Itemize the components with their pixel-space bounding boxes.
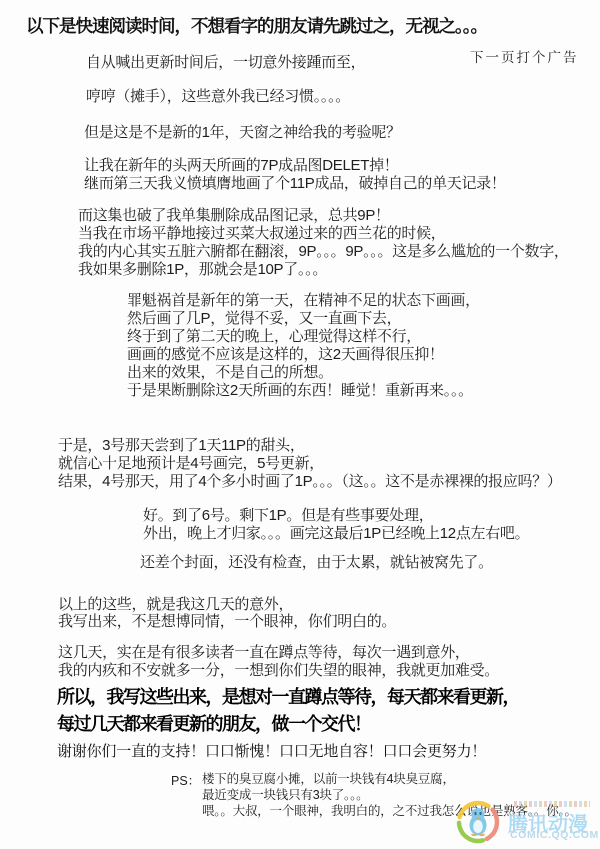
paragraph-indented: 罪魁祸首是新年的第一天，在精神不足的状态下画画， 然后画了几P，觉得不妥，又一直… <box>127 292 480 400</box>
text-line: 出来的效果，不是自己的所想。 <box>127 364 480 382</box>
text-line: 就信心十足地预计是4号画完，5号更新， <box>58 455 562 473</box>
paragraph: 而这集也破了我单集删除成品图记录，总共9P！ 当我在市场平静地接过买菜大叔递过来… <box>78 207 569 279</box>
text-line: 外出，晚上才归家。。。画完这最后1P已经晚上12点左右吧。 <box>143 525 529 543</box>
text-line: 还差个封面，还没有检查，由于太累，就钻被窝先了。 <box>140 554 493 572</box>
text-line: 结果，4号那天，用了4个多小时画了1P。。。（这。。这不是赤裸裸的报应吗？） <box>58 473 562 491</box>
next-page-ad-note: 下一页打个广告 <box>470 46 579 66</box>
text-line: 画画的感觉不应该是这样的，这2天画得很压抑！ <box>127 346 480 364</box>
text-line: 哼哼（摊手），这些意外我已经习惯。。。。 <box>86 88 350 106</box>
text-line: 每过几天都来看更新的朋友，做一个交代！ <box>57 711 519 738</box>
text-line: 这几天，实在是有很多读者一直在蹲点等待，每次一遇到意外， <box>58 644 499 662</box>
text-line: 所以，我写这些出来，是想对一直蹲点等待，每天都来看更新， <box>57 684 519 711</box>
paragraph-indented: 好。到了6号。剩下1P。但是有些事要处理， 外出，晚上才归家。。。画完这最后1P… <box>143 507 529 543</box>
text-line: 终于到了第二天的晚上，心理觉得这样不行， <box>127 328 480 346</box>
page: 以下是快速阅读时间，不想看字的朋友请先跳过之，无视之。。。 下一页打个广告 自从… <box>0 0 600 849</box>
text-line: 罪魁祸首是新年的第一天，在精神不足的状态下画画， <box>127 292 480 310</box>
watermark-site-text: COMIC.QQ.COM <box>510 829 599 841</box>
text-line: 我的内疚和不安就多一分，一想到你们失望的眼神，我就更加难受。 <box>58 662 499 680</box>
text-line: 但是这是不是新的1年，天窗之神给我的考验呢？ <box>84 124 401 142</box>
paragraph: 自从喊出更新时间后，一切意外接踵而至， <box>86 54 365 72</box>
paragraph: 让我在新年的头两天所画的7P成品图DELET掉！ 继而第三天我义愤填膺地画了个1… <box>84 157 506 193</box>
tencent-comic-logo-icon <box>455 799 501 845</box>
paragraph-emphasis: 所以，我写这些出来，是想对一直蹲点等待，每天都来看更新， 每过几天都来看更新的朋… <box>57 684 519 738</box>
text-line: 当我在市场平静地接过买菜大叔递过来的西兰花的时候， <box>78 225 569 243</box>
watermark: 腾讯动漫 COMIC.QQ.COM <box>452 795 600 849</box>
paragraph: 但是这是不是新的1年，天窗之神给我的考验呢？ <box>84 124 401 142</box>
paragraph-indented: 还差个封面，还没有检查，由于太累，就钻被窝先了。 <box>140 554 493 572</box>
text-line: 于是，3号那天尝到了1天11P的甜头， <box>58 437 562 455</box>
paragraph: 这几天，实在是有很多读者一直在蹲点等待，每次一遇到意外， 我的内疚和不安就多一分… <box>58 644 499 680</box>
text-line: 谢谢你们一直的支持！口口惭愧！口口无地自容！口口会更努力！ <box>57 740 486 761</box>
text-line: 我写出来，不是想博同情，一个眼神，你们明白的。 <box>58 613 396 630</box>
text-line: 自从喊出更新时间后，一切意外接踵而至， <box>86 54 365 72</box>
text-line: 让我在新年的头两天所画的7P成品图DELET掉！ <box>84 157 506 175</box>
paragraph: 于是，3号那天尝到了1天11P的甜头， 就信心十足地预计是4号画完，5号更新， … <box>58 437 562 491</box>
text-line: 好。到了6号。剩下1P。但是有些事要处理， <box>143 507 529 525</box>
paragraph: 以上的这些，就是我这几天的意外， 我写出来，不是想博同情，一个眼神，你们明白的。 <box>58 596 396 630</box>
text-line: 楼下的臭豆腐小摊，以前一块钱有4块臭豆腐， <box>202 771 577 787</box>
text-line: 然后画了几P，觉得不妥，又一直画下去， <box>127 310 480 328</box>
thanks-line: 谢谢你们一直的支持！口口惭愧！口口无地自容！口口会更努力！ <box>57 740 486 761</box>
text-line: 我的内心其实五脏六腑都在翻滚，9P。。。9P。。。这是多么尴尬的一个数字， <box>78 243 569 261</box>
text-line: 于是果断删除这2天所画的东西！睡觉！重新再来。。。 <box>127 382 480 400</box>
text-line: 以上的这些，就是我这几天的意外， <box>58 596 396 613</box>
ps-label: PS： <box>171 771 200 789</box>
text-line: 而这集也破了我单集删除成品图记录，总共9P！ <box>78 207 569 225</box>
penguin-icon <box>470 808 487 836</box>
text-line: 我如果多删除1P，那就会是10P了。。。 <box>78 261 569 279</box>
paragraph: 哼哼（摊手），这些意外我已经习惯。。。。 <box>86 88 350 106</box>
page-title: 以下是快速阅读时间，不想看字的朋友请先跳过之，无视之。。。 <box>26 13 487 38</box>
text-line: 继而第三天我义愤填膺地画了个11P成品，破掉自己的单天记录！ <box>84 175 506 193</box>
watermark-fine-print <box>514 801 590 807</box>
